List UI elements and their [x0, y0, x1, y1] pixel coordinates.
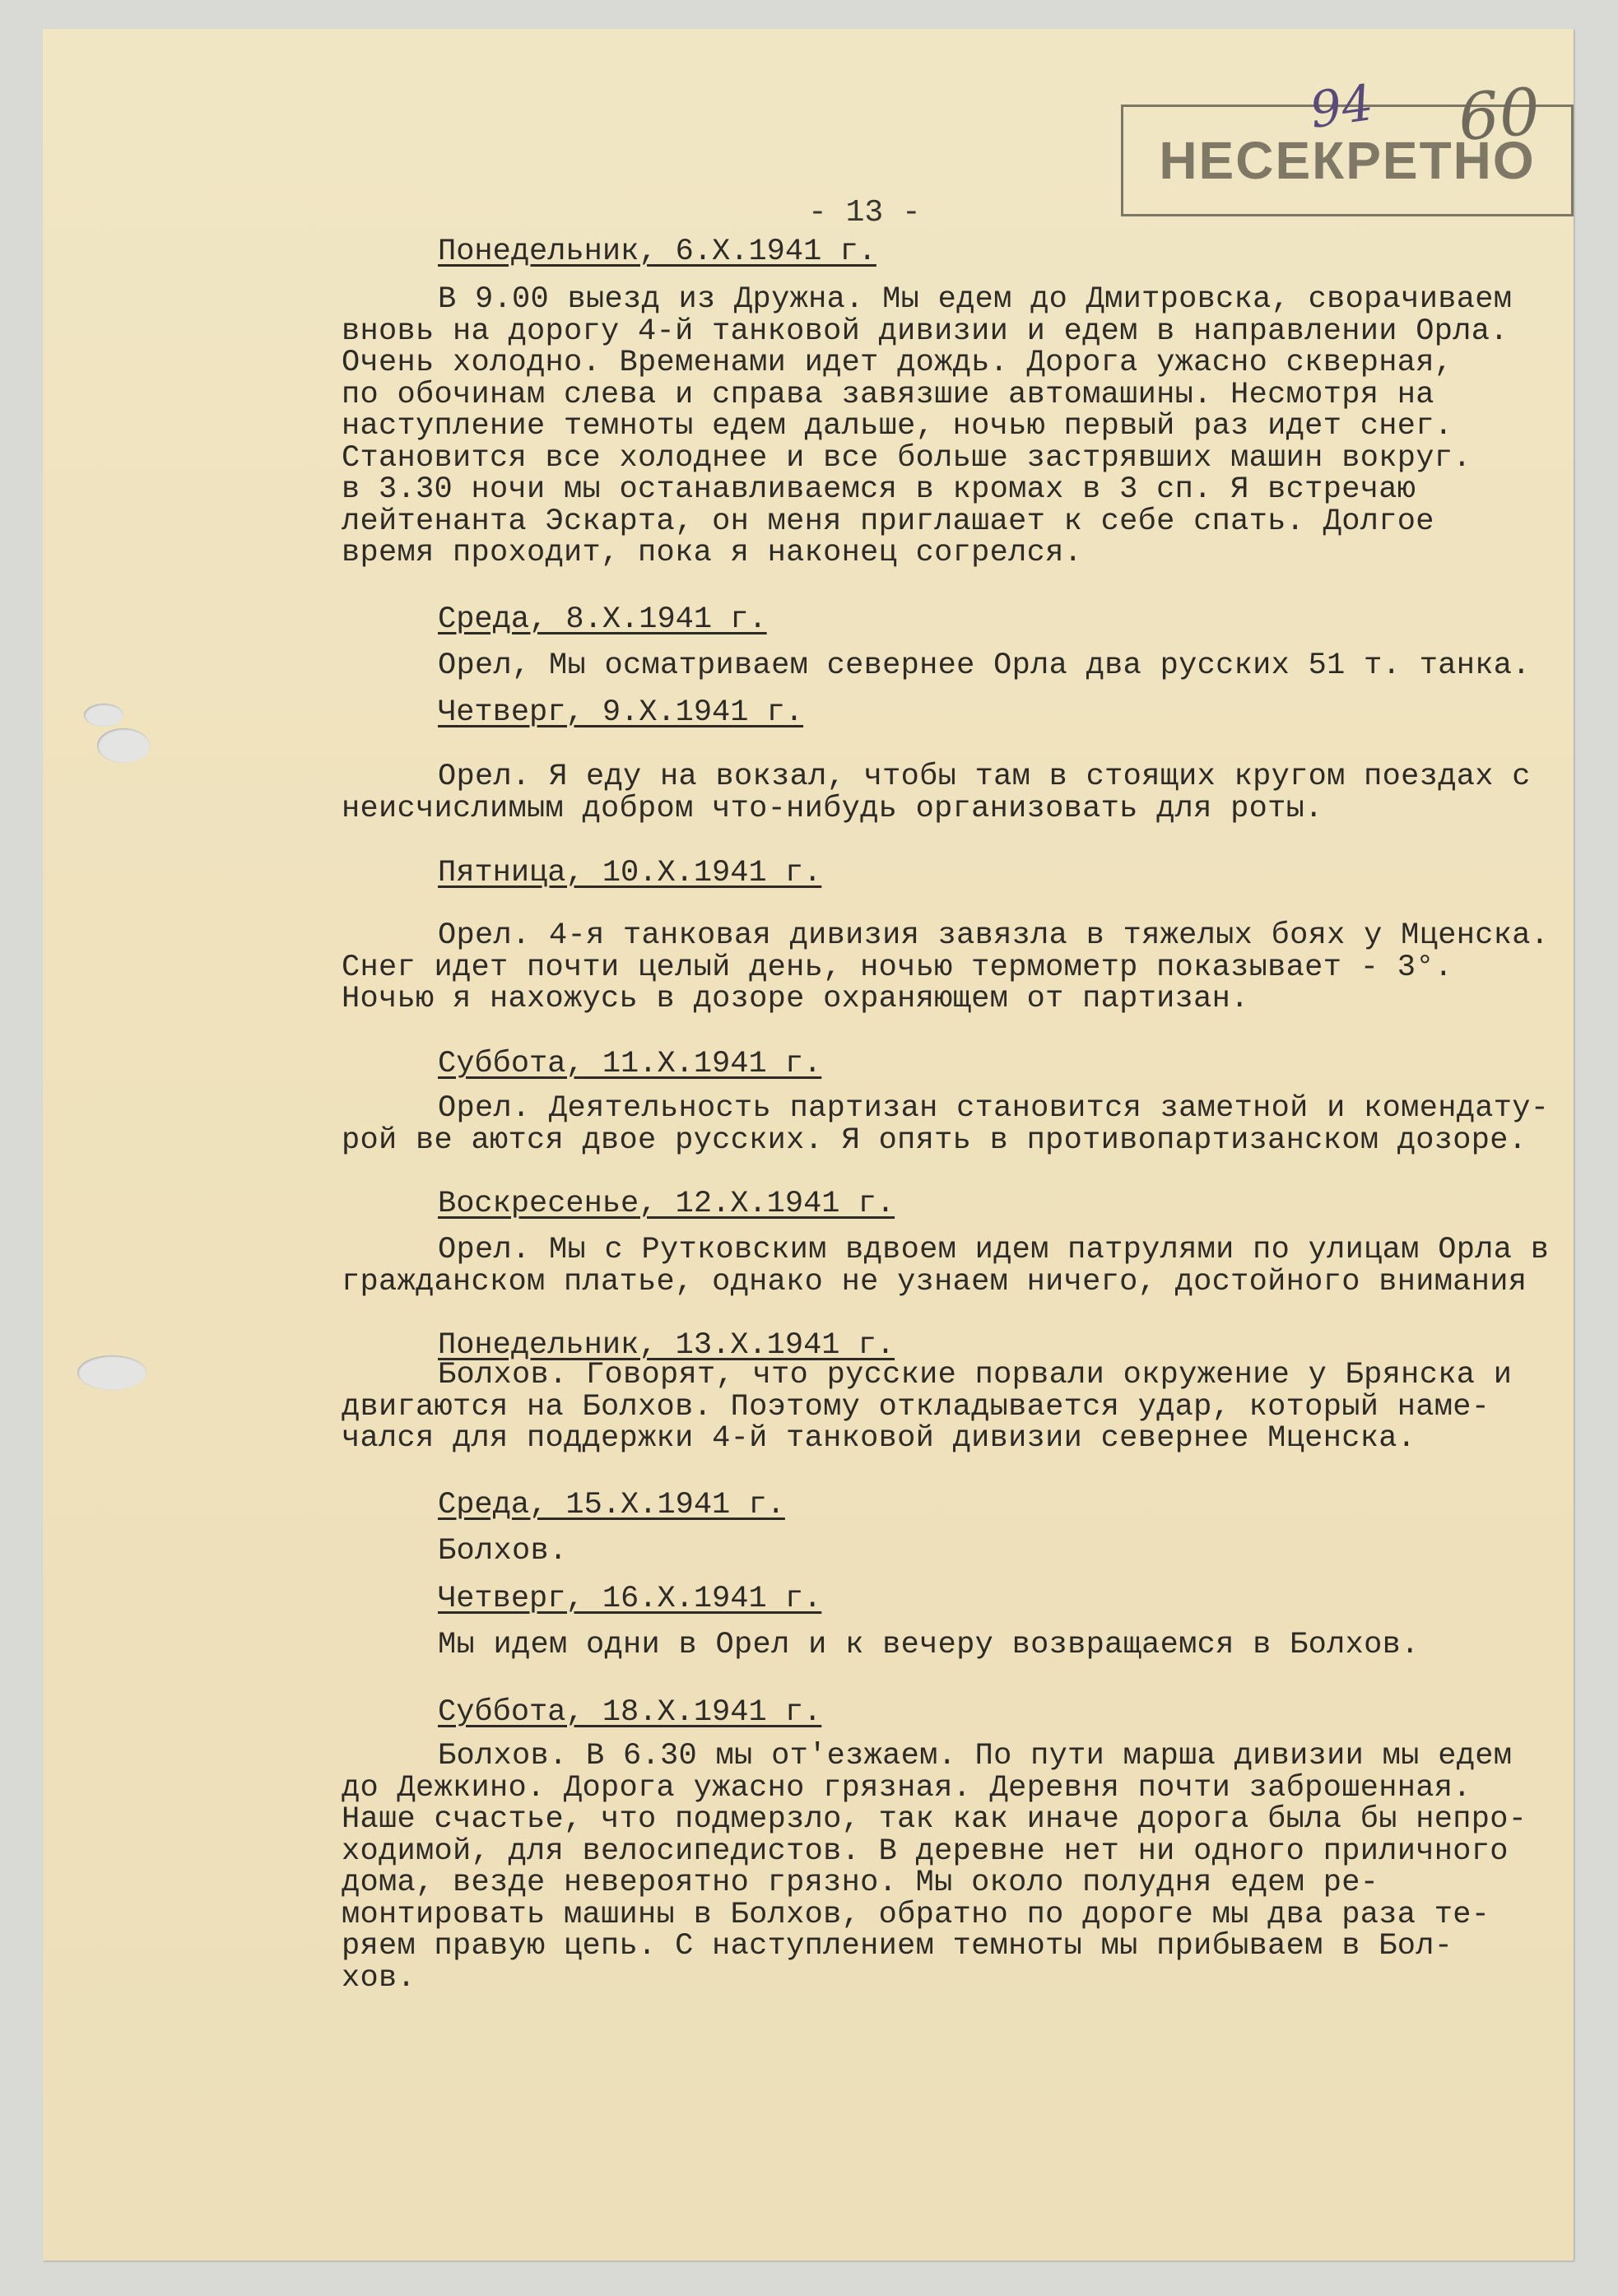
- entry-heading: Воскресенье, 12.X.1941 г.: [438, 1187, 895, 1221]
- text-line: Орел. Мы с Рутковским вдвоем идем патрул…: [342, 1234, 1584, 1267]
- entry-body: Болхов. Говорят, что русские порвали окр…: [342, 1359, 1584, 1455]
- text-line: рой ве аются двое русских. Я опять в про…: [342, 1125, 1584, 1157]
- entry-heading: Суббота, 18.X.1941 г.: [438, 1695, 821, 1730]
- text-line: Наше счастье, что подмерзло, так как ина…: [342, 1804, 1584, 1836]
- text-line: монтировать машины в Болхов, обратно по …: [342, 1899, 1584, 1931]
- text-line: гражданском платье, однако не узнаем нич…: [342, 1267, 1584, 1299]
- entry-body: Мы идем одни в Орел и к вечеру возвращае…: [342, 1629, 1584, 1662]
- text-line: время проходит, пока я наконец согрелся.: [342, 537, 1584, 569]
- text-line: Болхов. В 6.30 мы от'езжаем. По пути мар…: [342, 1741, 1584, 1773]
- text-line: хов.: [342, 1963, 1584, 1995]
- text-line: В 9.00 выезд из Дружна. Мы едем до Дмитр…: [342, 284, 1584, 316]
- entry-heading: Суббота, 11.X.1941 г.: [438, 1047, 821, 1081]
- punch-hole: [84, 704, 123, 727]
- entry-heading: Среда, 8.X.1941 г.: [438, 602, 767, 637]
- punch-hole: [77, 1355, 146, 1390]
- entry-body: Орел, Мы осматриваем севернее Орла два р…: [342, 650, 1584, 682]
- text-line: Снег идет почти целый день, ночью термом…: [342, 952, 1584, 984]
- entry-heading: Четверг, 9.X.1941 г.: [438, 695, 803, 730]
- text-line: лейтенанта Эскарта, он меня приглашает к…: [342, 506, 1584, 538]
- entry-body: В 9.00 выезд из Дружна. Мы едем до Дмитр…: [342, 284, 1584, 569]
- entry-heading: Пятница, 10.X.1941 г.: [438, 856, 821, 890]
- entry-heading: Понедельник, 6.X.1941 г.: [438, 235, 876, 269]
- text-line: неисчислимым добром что-нибудь организов…: [342, 793, 1584, 825]
- entry-body: Болхов. В 6.30 мы от'езжаем. По пути мар…: [342, 1741, 1584, 1994]
- entry-body: Орел. 4-я танковая дивизия завязла в тяж…: [342, 920, 1584, 1016]
- handwritten-mark: 60: [1455, 75, 1543, 156]
- text-line: Ночью я нахожусь в дозоре охраняющем от …: [342, 983, 1584, 1016]
- entry-heading: Четверг, 16.X.1941 г.: [438, 1582, 821, 1616]
- text-line: в 3.30 ночи мы останавливаемся в кромах …: [342, 474, 1584, 506]
- text-line: Орел, Мы осматриваем севернее Орла два р…: [342, 650, 1584, 682]
- entry-body: Болхов.: [342, 1536, 1584, 1568]
- handwritten-folio-number: 94: [1307, 74, 1377, 140]
- text-line: Болхов.: [342, 1536, 1584, 1568]
- entry-body: Орел. Деятельность партизан становится з…: [342, 1093, 1584, 1156]
- text-line: наступление темноты едем дальше, ночью п…: [342, 411, 1584, 443]
- text-line: Болхов. Говорят, что русские порвали окр…: [342, 1359, 1584, 1392]
- entry-body: Орел. Я еду на вокзал, чтобы там в стоящ…: [342, 761, 1584, 825]
- entry-heading: Среда, 15.X.1941 г.: [438, 1488, 785, 1522]
- text-line: Становится все холоднее и все больше зас…: [342, 443, 1584, 475]
- text-line: Орел. 4-я танковая дивизия завязла в тяж…: [342, 920, 1584, 952]
- text-line: дома, везде невероятно грязно. Мы около …: [342, 1867, 1584, 1899]
- text-line: Мы идем одни в Орел и к вечеру возвращае…: [342, 1629, 1584, 1662]
- punch-hole: [97, 728, 150, 763]
- text-line: ряем правую цепь. С наступлением темноты…: [342, 1931, 1584, 1963]
- text-line: двигаются на Болхов. Поэтому откладывает…: [342, 1392, 1584, 1424]
- page-number: - 13 -: [808, 195, 921, 230]
- entry-body: Орел. Мы с Рутковским вдвоем идем патрул…: [342, 1234, 1584, 1298]
- text-line: ходимой, для велосипедистов. В деревне н…: [342, 1836, 1584, 1868]
- text-line: вновь на дорогу 4-й танковой дивизии и е…: [342, 316, 1584, 348]
- text-line: Очень холодно. Временами идет дождь. Дор…: [342, 347, 1584, 379]
- text-line: по обочинам слева и справа завязшие авто…: [342, 379, 1584, 411]
- text-line: до Дежкино. Дорога ужасно грязная. Дерев…: [342, 1773, 1584, 1805]
- text-line: Орел. Деятельность партизан становится з…: [342, 1093, 1584, 1125]
- text-line: чался для поддержки 4-й танковой дивизии…: [342, 1423, 1584, 1455]
- text-line: Орел. Я еду на вокзал, чтобы там в стоящ…: [342, 761, 1584, 793]
